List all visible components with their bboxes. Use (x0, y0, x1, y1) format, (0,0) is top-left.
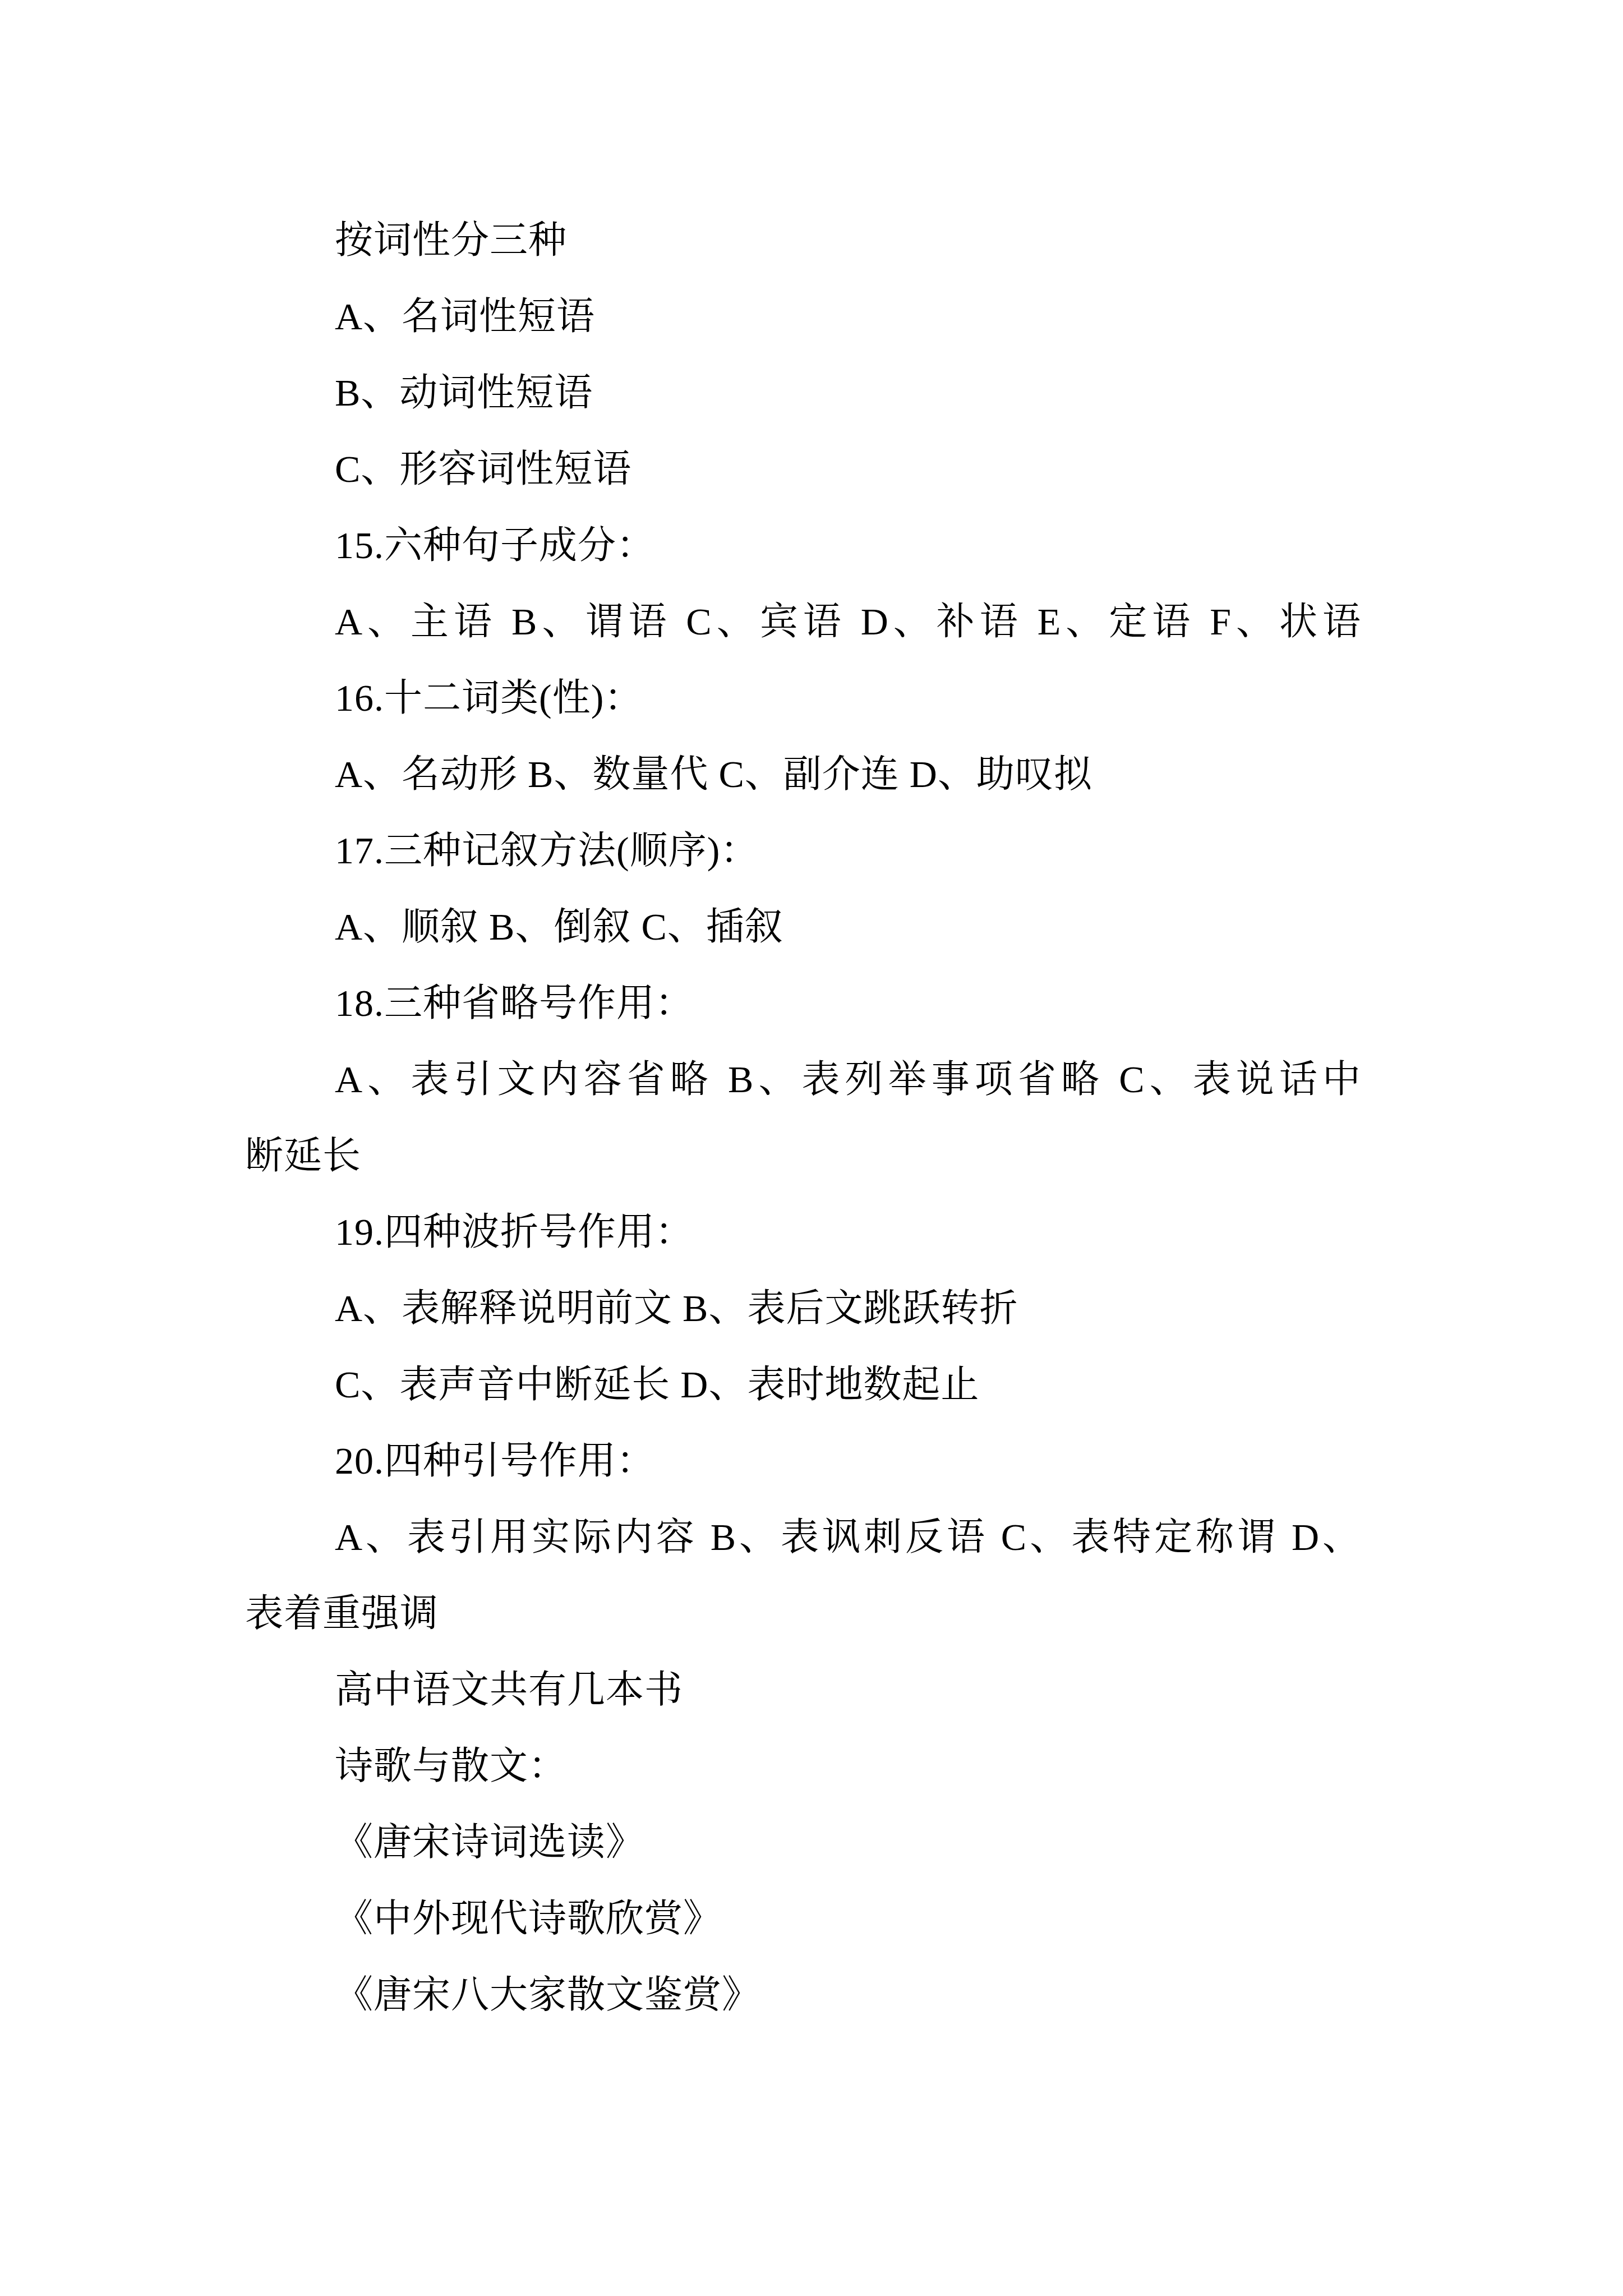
text-line: C、形容词性短语 (245, 431, 1361, 507)
text-line: 19.四种波折号作用： (245, 1194, 1361, 1270)
text-line: 《中外现代诗歌欣赏》 (245, 1880, 1361, 1957)
document-page: 按词性分三种A、名词性短语B、动词性短语C、形容词性短语15.六种句子成分：A、… (0, 0, 1623, 2296)
text-line: 诗歌与散文： (245, 1728, 1361, 1804)
text-line: 16.十二词类(性)： (245, 660, 1361, 736)
text-line: A、名动形 B、数量代 C、副介连 D、助叹拟 (245, 736, 1361, 812)
document-body: 按词性分三种A、名词性短语B、动词性短语C、形容词性短语15.六种句子成分：A、… (245, 202, 1361, 2033)
text-line: A、名词性短语 (245, 278, 1361, 355)
text-line: A、顺叙 B、倒叙 C、插叙 (245, 889, 1361, 965)
text-line: 《唐宋诗词选读》 (245, 1804, 1361, 1880)
text-line: A、表引用实际内容 B、表讽刺反语 C、表特定称谓 D、 (245, 1499, 1361, 1575)
text-line: 18.三种省略号作用： (245, 965, 1361, 1041)
text-line: 15.六种句子成分： (245, 507, 1361, 583)
text-line: 《唐宋八大家散文鉴赏》 (245, 1957, 1361, 2033)
text-line: 按词性分三种 (245, 202, 1361, 278)
text-line: 表着重强调 (245, 1575, 1361, 1651)
text-line: C、表声音中断延长 D、表时地数起止 (245, 1346, 1361, 1423)
text-line: 17.三种记叙方法(顺序)： (245, 812, 1361, 889)
text-line: 20.四种引号作用： (245, 1423, 1361, 1499)
text-line: A、主语 B、谓语 C、宾语 D、补语 E、定语 F、状语 (245, 583, 1361, 660)
text-line: A、表解释说明前文 B、表后文跳跃转折 (245, 1270, 1361, 1346)
text-line: B、动词性短语 (245, 355, 1361, 431)
text-line: 断延长 (245, 1117, 1361, 1194)
text-line: A、表引文内容省略 B、表列举事项省略 C、表说话中 (245, 1041, 1361, 1117)
text-line: 高中语文共有几本书 (245, 1651, 1361, 1728)
